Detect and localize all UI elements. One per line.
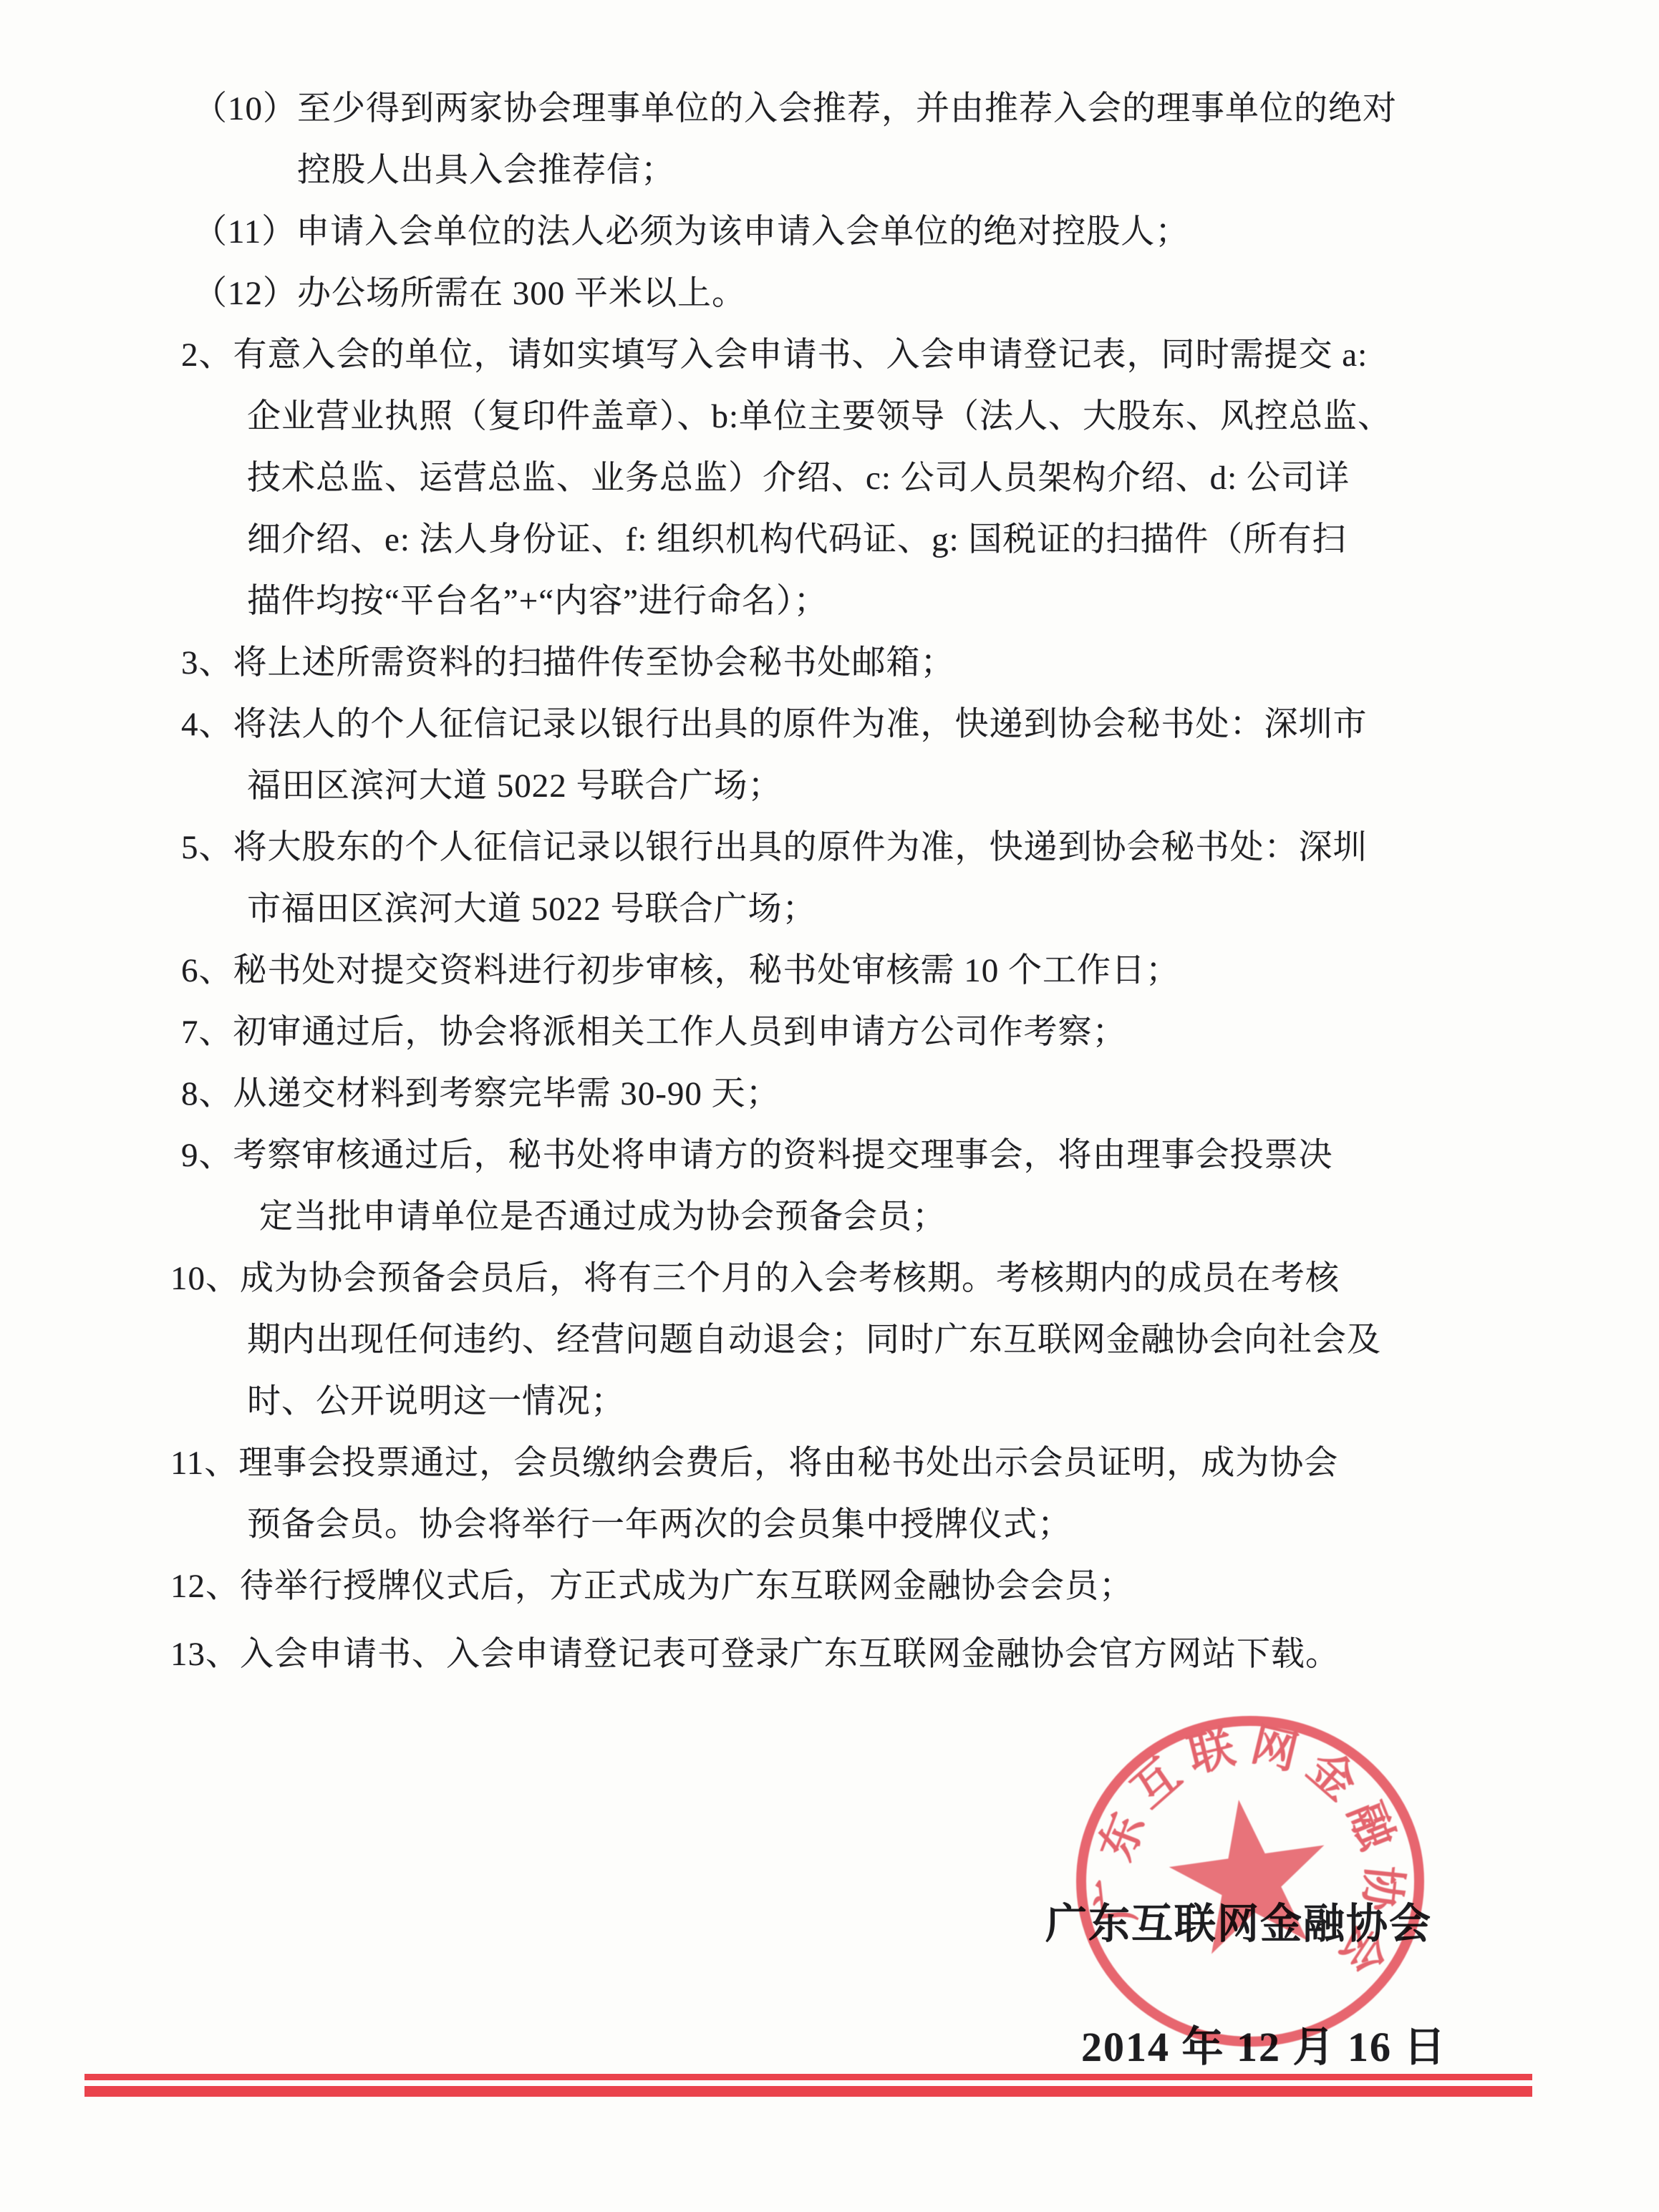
text-line: 5、将大股东的个人征信记录以银行出具的原件为准，快递到协会秘书处：深圳 (0, 817, 1659, 878)
text-line: 企业营业执照（复印件盖章）、b:单位主要领导（法人、大股东、风控总监、 (0, 386, 1659, 447)
text-line: 13、入会申请书、入会申请登记表可登录广东互联网金融协会官方网站下载。 (0, 1624, 1659, 1685)
text-line: 8、从递交材料到考察完毕需 30-90 天； (0, 1063, 1659, 1125)
footer-divider (84, 2074, 1532, 2097)
text-line: 细介绍、e: 法人身份证、f: 组织机构代码证、g: 国税证的扫描件（所有扫 (0, 509, 1659, 571)
body-text: （10）至少得到两家协会理事单位的入会推荐，并由推荐入会的理事单位的绝对控股人出… (0, 78, 1659, 1685)
text-line: 9、考察审核通过后，秘书处将申请方的资料提交理事会，将由理事会投票决 (0, 1125, 1659, 1186)
text-line: 预备会员。协会将举行一年两次的会员集中授牌仪式； (0, 1494, 1659, 1556)
text-line: 定当批申请单位是否通过成为协会预备会员； (0, 1186, 1659, 1248)
text-line: （11）申请入会单位的法人必须为该申请入会单位的绝对控股人； (0, 201, 1659, 263)
text-line: （12）办公场所需在 300 平米以上。 (0, 263, 1659, 324)
text-line: 期内出现任何违约、经营问题自动退会；同时广东互联网金融协会向社会及 (0, 1309, 1659, 1371)
text-line: （10）至少得到两家协会理事单位的入会推荐，并由推荐入会的理事单位的绝对 (0, 78, 1659, 140)
text-line: 4、将法人的个人征信记录以银行出具的原件为准，快递到协会秘书处：深圳市 (0, 694, 1659, 755)
date-line: 2014 年 12 月 16 日 (1081, 2013, 1447, 2073)
text-line: 描件均按“平台名”+“内容”进行命名）； (0, 571, 1659, 632)
text-line: 技术总监、运营总监、业务总监）介绍、c: 公司人员架构介绍、d: 公司详 (0, 447, 1659, 509)
official-seal-stamp: 广东互联网金融协会 (1071, 1714, 1429, 2050)
text-line: 福田区滨河大道 5022 号联合广场； (0, 755, 1659, 817)
text-line: 10、成为协会预备会员后，将有三个月的入会考核期。考核期内的成员在考核 (0, 1248, 1659, 1309)
text-line: 3、将上述所需资料的扫描件传至协会秘书处邮箱； (0, 632, 1659, 694)
document-page: （10）至少得到两家协会理事单位的入会推荐，并由推荐入会的理事单位的绝对控股人出… (0, 0, 1659, 2212)
text-line: 2、有意入会的单位，请如实填写入会申请书、入会申请登记表，同时需提交 a: (0, 324, 1659, 386)
footer-line-thick (84, 2086, 1532, 2097)
text-line: 7、初审通过后，协会将派相关工作人员到申请方公司作考察； (0, 1001, 1659, 1063)
association-signature: 广东互联网金融协会 (1045, 1890, 1432, 1950)
text-line: 时、公开说明这一情况； (0, 1371, 1659, 1432)
text-line: 6、秘书处对提交资料进行初步审核，秘书处审核需 10 个工作日； (0, 940, 1659, 1001)
text-line: 11、理事会投票通过，会员缴纳会费后，将由秘书处出示会员证明，成为协会 (0, 1432, 1659, 1494)
footer-line-thin (84, 2074, 1532, 2080)
text-line: 控股人出具入会推荐信； (0, 140, 1659, 201)
text-line: 市福田区滨河大道 5022 号联合广场； (0, 878, 1659, 940)
footer-line-gap (84, 2080, 1532, 2086)
text-line: 12、待举行授牌仪式后，方正式成为广东互联网金融协会会员； (0, 1556, 1659, 1617)
